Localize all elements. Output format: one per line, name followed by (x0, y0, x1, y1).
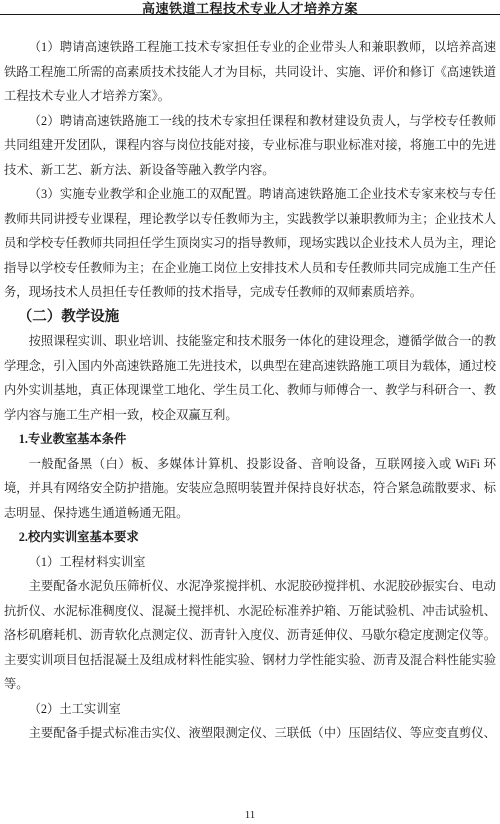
page-header-title: 高速铁道工程技术专业人才培养方案 (0, 0, 500, 15)
document-page: 高速铁道工程技术专业人才培养方案 （1）聘请高速铁路工程施工技术专家担任专业的企… (0, 0, 500, 824)
subsection-heading: 2.校内实训室基本要求 (4, 525, 496, 550)
body-paragraph: （1）聘请高速铁路工程施工技术专家担任专业的企业带头人和兼职教师，以培养高速铁路… (4, 35, 496, 109)
section-heading: （二）教学设施 (4, 305, 496, 330)
body-paragraph: 一般配备黑（白）板、多媒体计算机、投影设备、音响设备，互联网接入或 WiFi 环… (4, 452, 496, 526)
list-item-heading: （2）土工实训室 (4, 697, 496, 722)
list-item-heading: （1）工程材料实训室 (4, 550, 496, 575)
subsection-heading: 1.专业教室基本条件 (4, 427, 496, 452)
body-paragraph: 主要配备手提式标准击实仪、液塑限测定仪、三联低（中）压固结仪、等应变直剪仪、 (4, 721, 496, 746)
document-body: （1）聘请高速铁路工程施工技术专家担任专业的企业带头人和兼职教师，以培养高速铁路… (0, 15, 500, 746)
body-paragraph: 按照课程实训、职业培训、技能鉴定和技术服务一体化的建设理念，遵循学做合一的教学理… (4, 329, 496, 427)
page-number: 11 (0, 809, 500, 821)
body-paragraph: （3）实施专业教学和企业施工的双配置。聘请高速铁路施工企业技术专家来校与专任教师… (4, 182, 496, 305)
body-paragraph: 主要配备水泥负压筛析仪、水泥净浆搅拌机、水泥胶砂搅拌机、水泥胶砂振实台、电动抗折… (4, 574, 496, 697)
body-paragraph: （2）聘请高速铁路施工一线的技术专家担任课程和教材建设负责人，与学校专任教师共同… (4, 109, 496, 183)
